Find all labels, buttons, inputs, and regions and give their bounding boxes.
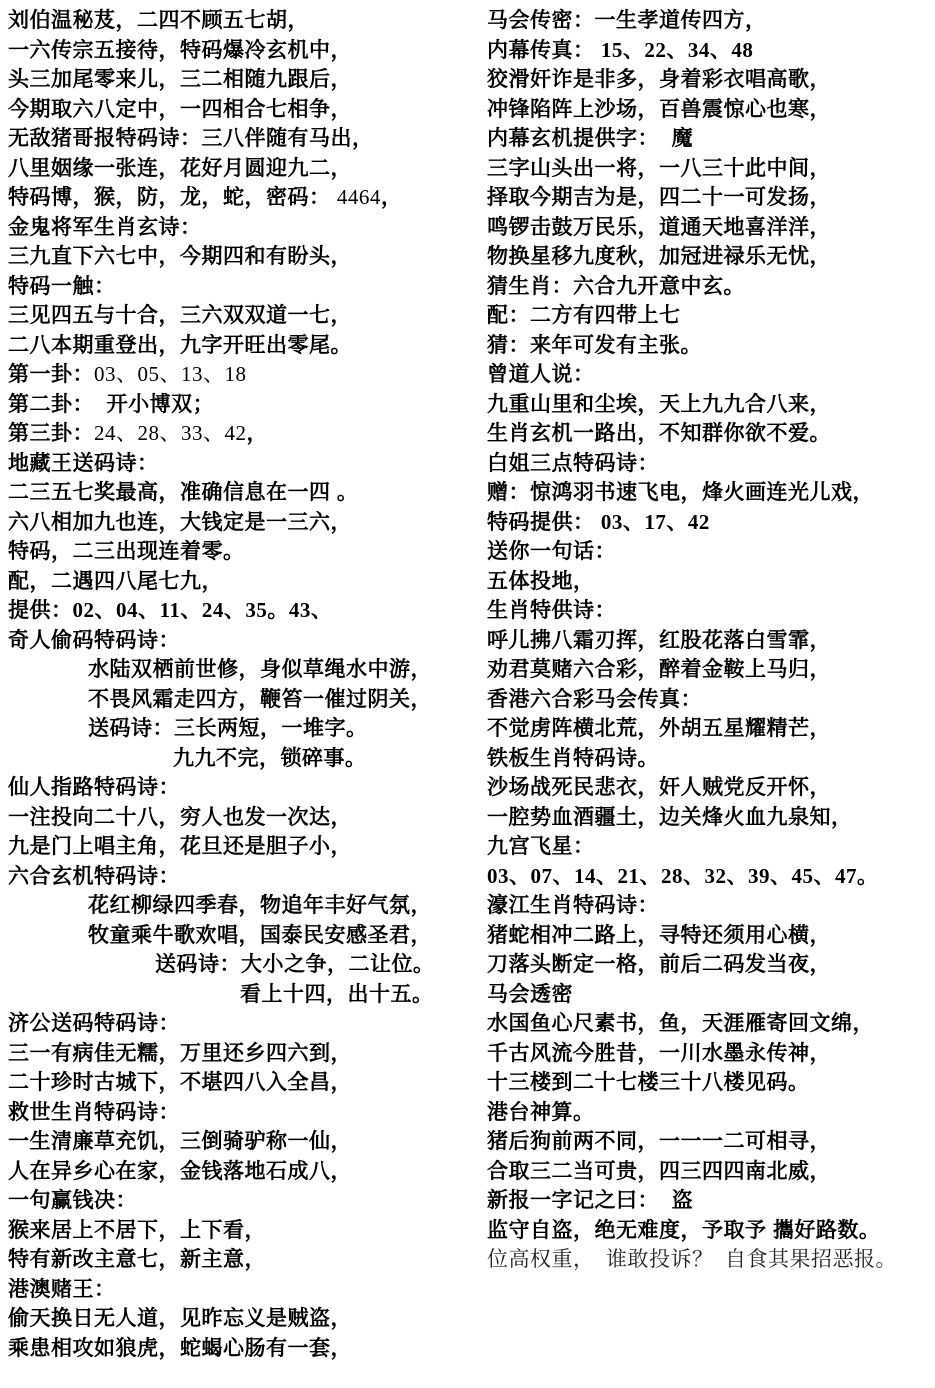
text-segment: 狡滑奸诈是非多，身着彩衣唱高歌， [487,68,831,91]
text-line: 一六传宗五接待，特码爆冷玄机中， [8,36,478,66]
text-line: 刘伯温秘芨，二四不顾五七胡， [8,6,478,36]
number-run: 03、07、14、21、28、32、39、45、47 [487,864,857,888]
text-line: 花红柳绿四季春，物追年丰好气氛， [8,891,478,921]
text-segment: 第一卦： [8,363,94,386]
text-segment: 一句赢钱决： [8,1189,137,1212]
text-segment: 白姐三点特码诗： [487,452,659,475]
text-line: 马会透密 [487,980,933,1010]
text-line: 金鬼将军生肖玄诗： [8,213,478,243]
text-segment: 一腔势血酒疆土，边关烽火血九泉知， [487,806,853,829]
text-line: 特码博，猴，防，龙，蛇，密码： 4464， [8,183,478,213]
text-line: 合取三二当可贵，四三四四南北威， [487,1157,933,1187]
text-line: 六合玄机特码诗： [8,862,478,892]
text-line: 一句赢钱决： [8,1186,478,1216]
text-segment: 九重山里和尘埃，天上九九合八来， [487,393,831,416]
text-line: 呼儿拂八霜刃挥，红股花落白雪霏， [487,626,933,656]
text-line: 头三加尾零来儿，三二相随九跟后， [8,65,478,95]
number-run: 03、05、13、18 [94,362,247,386]
text-segment: 沙场战死民悲衣，奸人贼党反开怀， [487,776,831,799]
text-line: 内幕玄机提供字： 魔 [487,124,933,154]
number-run: 24、28、33、42 [94,421,247,445]
text-line: 送码诗：三长两短，一堆字。 [8,714,478,744]
text-segment: 冲锋陷阵上沙场，百兽震惊心也寒， [487,98,831,121]
text-line: 二三五七奖最高，准确信息在一四 。 [8,478,478,508]
text-segment: 一生清廉草充饥，三倒骑驴称一仙， [8,1130,352,1153]
text-segment: 水陆双栖前世修，身似草绳水中游， [88,658,432,681]
text-segment: 。 [857,865,879,888]
text-segment: 濠江生肖特码诗： [487,894,659,917]
text-line: 第一卦：03、05、13、18 [8,360,478,390]
text-segment: 特码，二三出现连着零。 [8,540,245,563]
text-segment: 香港六合彩马会传真： [487,688,702,711]
text-segment: ， [381,186,403,209]
text-line: 提供：02、04、11、24、35。43、 [8,596,478,626]
text-line: 三见四五与十合，三六双双道一七， [8,301,478,331]
text-segment: 第二卦： 开小博双； [8,393,214,416]
text-segment: 一注投向二十八，穷人也发一次达， [8,806,352,829]
text-segment: 配：二方有四带上七 [487,304,681,327]
text-segment: 特有新改主意七，新主意， [8,1248,266,1271]
text-line: 牧童乘牛歌欢唱，国泰民安感圣君， [8,921,478,951]
text-segment: 位高权重， 谁敢投诉？ 自食其果招恶报。 [487,1247,897,1271]
text-segment: 奇人偷码特码诗： [8,629,180,652]
text-segment: 二八本期重登出，九字开旺出零尾。 [8,334,352,357]
text-segment: 猪蛇相冲二路上，寻特还须用心横， [487,924,831,947]
text-line: 猪蛇相冲二路上，寻特还须用心横， [487,921,933,951]
text-line: 猜：来年可发有主张。 [487,331,933,361]
text-segment: 第三卦： [8,422,94,445]
text-line: 配，二遇四八尾七九， [8,567,478,597]
text-line: 水陆双栖前世修，身似草绳水中游， [8,655,478,685]
text-segment: 三见四五与十合，三六双双道一七， [8,304,352,327]
text-segment: 地藏王送码诗： [8,452,159,475]
text-segment: 仙人指路特码诗： [8,776,180,799]
text-line: 猜生肖：六合九开意中玄。 [487,272,933,302]
text-segment: ， [247,422,269,445]
text-segment: 三九直下六七中，今期四和有盼头， [8,245,352,268]
text-segment: 猜：来年可发有主张。 [487,334,702,357]
text-line: 二十珍时古城下，不堪四八入全昌， [8,1068,478,1098]
text-segment: 二十珍时古城下，不堪四八入全昌， [8,1071,352,1094]
text-line: 三字山头出一将，一八三十此中间， [487,154,933,184]
text-segment: 头三加尾零来儿，三二相随九跟后， [8,68,352,91]
text-line: 偷天换日无人道，见昨忘义是贼盗， [8,1304,478,1334]
text-line: 猪后狗前两不同，一一一二可相寻， [487,1127,933,1157]
text-segment: 千古风流今胜昔，一川水墨永传神， [487,1042,831,1065]
text-segment: 呼儿拂八霜刃挥，红股花落白雪霏， [487,629,831,652]
text-line: 濠江生肖特码诗： [487,891,933,921]
text-segment: 看上十四，出十五。 [240,983,434,1006]
text-segment: 猜生肖：六合九开意中玄。 [487,275,745,298]
text-line: 人在异乡心在家，金钱落地石成八， [8,1157,478,1187]
text-line: 猴来居上不居下，上下看， [8,1216,478,1246]
text-segment: 特码提供： [487,511,601,534]
text-line: 水国鱼心尺素书，鱼，天涯雁寄回文绵， [487,1009,933,1039]
text-line: 八里姻缘一张连，花好月圆迎九二， [8,154,478,184]
text-line: 十三楼到二十七楼三十八楼见码。 [487,1068,933,1098]
text-line: 物换星移九度秋，加冠进禄乐无忧， [487,242,933,272]
text-line: 九是门上唱主角，花旦还是胆子小， [8,832,478,862]
text-segment: 内幕传真： [487,39,601,62]
text-line: 五体投地， [487,567,933,597]
text-line: 配：二方有四带上七 [487,301,933,331]
text-line: 特有新改主意七，新主意， [8,1245,478,1275]
text-line: 港台神算。 [487,1098,933,1128]
text-line: 鸣锣击鼓万民乐，道通天地喜洋洋， [487,213,933,243]
text-line: 九重山里和尘埃，天上九九合八来， [487,390,933,420]
text-line: 狡滑奸诈是非多，身着彩衣唱高歌， [487,65,933,95]
text-line: 新报一字记之曰： 盗 [487,1186,933,1216]
text-segment: 生肖玄机一路出，不知群你欲不爱。 [487,422,831,445]
text-segment: 猴来居上不居下，上下看， [8,1219,266,1242]
text-segment: 港台神算。 [487,1101,595,1124]
left-column: 刘伯温秘芨，二四不顾五七胡，一六传宗五接待，特码爆冷玄机中，头三加尾零来儿，三二… [8,6,478,1363]
text-segment: 合取三二当可贵，四三四四南北威， [487,1160,831,1183]
text-line: 特码，二三出现连着零。 [8,537,478,567]
text-line: 第二卦： 开小博双； [8,390,478,420]
text-segment: 乘患相攻如狼虎，蛇蝎心肠有一套， [8,1337,352,1360]
text-segment: 牧童乘牛歌欢唱，国泰民安感圣君， [88,924,432,947]
text-segment: 不畏风霜走四方，鞭笞一催过阴关， [88,688,432,711]
text-line: 三九直下六七中，今期四和有盼头， [8,242,478,272]
text-segment: 水国鱼心尺素书，鱼，天涯雁寄回文绵， [487,1012,874,1035]
text-line: 无敌猪哥报特码诗：三八伴随有马出， [8,124,478,154]
text-line: 特码提供： 03、17、42 [487,508,933,538]
text-line: 千古风流今胜昔，一川水墨永传神， [487,1039,933,1069]
text-segment: 送码诗：三长两短，一堆字。 [88,717,368,740]
text-line: 地藏王送码诗： [8,449,478,479]
text-segment: 送你一句话： [487,540,616,563]
text-segment: 港澳赌王： [8,1278,116,1301]
text-line: 济公送码特码诗： [8,1009,478,1039]
text-line: 三一有病佳无糯，万里还乡四六到， [8,1039,478,1069]
text-line: 今期取六八定中，一四相合七相争， [8,95,478,125]
text-segment: 刀落头断定一格，前后二码发当夜， [487,953,831,976]
text-segment: 无敌猪哥报特码诗：三八伴随有马出， [8,127,374,150]
number-run: 03、17、42 [601,510,710,534]
text-line: 白姐三点特码诗： [487,449,933,479]
number-run: 02、04、11、24、35。43、 [73,598,333,622]
text-line: 乘患相攻如狼虎，蛇蝎心肠有一套， [8,1334,478,1364]
text-segment: 刘伯温秘芨，二四不顾五七胡， [8,9,309,32]
text-line: 内幕传真： 15、22、34、48 [487,36,933,66]
text-segment: 送码诗：大小之争，二让位。 [155,953,435,976]
text-line: 不畏风霜走四方，鞭笞一催过阴关， [8,685,478,715]
text-segment: 提供： [8,599,73,622]
text-segment: 金鬼将军生肖玄诗： [8,216,202,239]
text-segment: 今期取六八定中，一四相合七相争， [8,98,352,121]
text-segment: 赠：惊鸿羽书速飞电，烽火画连光儿戏， [487,481,874,504]
text-segment: 特码一触： [8,275,116,298]
text-line: 沙场战死民悲衣，奸人贼党反开怀， [487,773,933,803]
text-segment: 监守自盗，绝无难度，予取予 攜好路数。 [487,1219,880,1242]
text-segment: 花红柳绿四季春，物追年丰好气氛， [88,894,432,917]
text-segment: 马会传密：一生孝道传四方， [487,9,767,32]
text-line: 生肖玄机一路出，不知群你欲不爱。 [487,419,933,449]
text-segment: 配，二遇四八尾七九， [8,570,223,593]
text-segment: 内幕玄机提供字： 魔 [487,127,693,150]
text-line: 铁板生肖特码诗。 [487,744,933,774]
text-segment: 不觉虏阵横北荒，外胡五星耀精芒， [487,717,831,740]
text-line: 马会传密：一生孝道传四方， [487,6,933,36]
text-line: 二八本期重登出，九字开旺出零尾。 [8,331,478,361]
text-segment: 六八相加九也连，大钱定是一三六， [8,511,352,534]
text-line: 一腔势血酒疆土，边关烽火血九泉知， [487,803,933,833]
text-segment: 偷天换日无人道，见昨忘义是贼盗， [8,1307,352,1330]
text-segment: 铁板生肖特码诗。 [487,747,659,770]
text-segment: 六合玄机特码诗： [8,865,180,888]
text-segment: 特码博，猴，防，龙，蛇，密码： [8,186,337,209]
text-segment: 人在异乡心在家，金钱落地石成八， [8,1160,352,1183]
text-segment: 物换星移九度秋，加冠进禄乐无忧， [487,245,831,268]
text-line: 生肖特供诗： [487,596,933,626]
text-line: 九宫飞星： [487,832,933,862]
text-line: 九九不完，锁碎事。 [8,744,478,774]
text-segment: 择取今期吉为是，四二十一可发扬， [487,186,831,209]
text-segment: 马会透密 [487,983,573,1006]
text-segment: 八里姻缘一张连，花好月圆迎九二， [8,157,352,180]
number-run: 4464 [337,185,381,209]
text-line: 劝君莫赌六合彩，醉着金鞍上马归， [487,655,933,685]
text-line: 第三卦：24、28、33、42， [8,419,478,449]
text-line: 港澳赌王： [8,1275,478,1305]
text-line: 香港六合彩马会传真： [487,685,933,715]
number-run: 15、22、34、48 [601,38,754,62]
text-segment: 三字山头出一将，一八三十此中间， [487,157,831,180]
text-segment: 救世生肖特码诗： [8,1101,180,1124]
text-segment: 九是门上唱主角，花旦还是胆子小， [8,835,352,858]
text-line: 救世生肖特码诗： [8,1098,478,1128]
text-line: 奇人偷码特码诗： [8,626,478,656]
text-line: 特码一触： [8,272,478,302]
text-line: 六八相加九也连，大钱定是一三六， [8,508,478,538]
text-line: 赠：惊鸿羽书速飞电，烽火画连光儿戏， [487,478,933,508]
text-line: 一生清廉草充饥，三倒骑驴称一仙， [8,1127,478,1157]
text-segment: 济公送码特码诗： [8,1012,180,1035]
text-segment: 三一有病佳无糯，万里还乡四六到， [8,1042,352,1065]
text-segment: 二三五七奖最高，准确信息在一四 。 [8,481,358,504]
right-column: 马会传密：一生孝道传四方，内幕传真： 15、22、34、48狡滑奸诈是非多，身着… [487,6,933,1275]
text-line: 刀落头断定一格，前后二码发当夜， [487,950,933,980]
text-segment: 劝君莫赌六合彩，醉着金鞍上马归， [487,658,831,681]
text-segment: 鸣锣击鼓万民乐，道通天地喜洋洋， [487,216,831,239]
text-line: 择取今期吉为是，四二十一可发扬， [487,183,933,213]
text-segment: 猪后狗前两不同，一一一二可相寻， [487,1130,831,1153]
text-line: 送你一句话： [487,537,933,567]
text-segment: 一六传宗五接待，特码爆冷玄机中， [8,39,352,62]
text-line: 冲锋陷阵上沙场，百兽震惊心也寒， [487,95,933,125]
text-segment: 九宫飞星： [487,835,595,858]
text-line: 看上十四，出十五。 [8,980,478,1010]
text-segment: 五体投地， [487,570,595,593]
text-line: 一注投向二十八，穷人也发一次达， [8,803,478,833]
text-line: 仙人指路特码诗： [8,773,478,803]
text-segment: 十三楼到二十七楼三十八楼见码。 [487,1071,810,1094]
text-line: 03、07、14、21、28、32、39、45、47。 [487,862,933,892]
text-segment: 新报一字记之曰： 盗 [487,1189,693,1212]
text-line: 位高权重， 谁敢投诉？ 自食其果招恶报。 [487,1245,933,1275]
text-line: 送码诗：大小之争，二让位。 [8,950,478,980]
text-segment: 生肖特供诗： [487,599,616,622]
text-line: 不觉虏阵横北荒，外胡五星耀精芒， [487,714,933,744]
text-segment: 九九不完，锁碎事。 [173,747,367,770]
text-line: 曾道人说： [487,360,933,390]
text-line: 监守自盗，绝无难度，予取予 攜好路数。 [487,1216,933,1246]
text-segment: 曾道人说： [487,363,595,386]
